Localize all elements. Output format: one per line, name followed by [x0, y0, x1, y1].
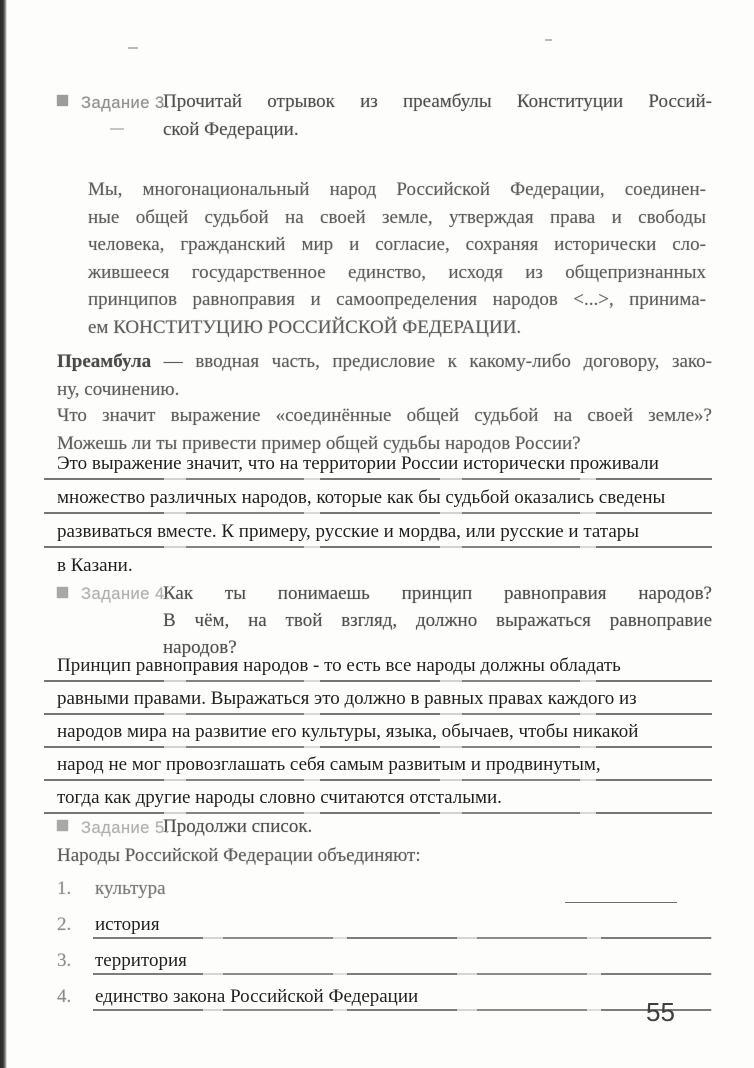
- quote-line: ные общей судьбой на своей земле, утверж…: [88, 204, 706, 232]
- answer-line: развиваться вместе. К примеру, русские и…: [44, 514, 712, 548]
- page-number: 55: [646, 997, 675, 1028]
- list-item-rule: [93, 973, 712, 975]
- quote-line: Мы, многонациональный народ Российской Ф…: [88, 176, 706, 204]
- list-item-rule: [93, 1009, 712, 1011]
- definition-text-line2: ну, сочинению.: [57, 376, 712, 404]
- task4-prompt-line: В чём, на твой взгляд, должно выражаться…: [163, 607, 712, 634]
- task5-list: 1. культура 2. история 3. территория 4. …: [57, 870, 712, 1014]
- list-item: 2. история: [57, 906, 712, 942]
- list-item-number: 1.: [57, 878, 71, 900]
- list-item-rule: [93, 937, 712, 939]
- definition-text: — вводная часть, предисловие к какому-ли…: [151, 351, 712, 372]
- task5-intro: Народы Российской Федерации объединяют:: [57, 842, 712, 870]
- task5-label: Задание 5.: [81, 814, 170, 842]
- task3-prompt-line: Прочитай отрывок из преамбулы Конституци…: [163, 88, 712, 116]
- answer-line: народов мира на развитие его культуры, я…: [44, 715, 712, 748]
- answer-line: равными правами. Выражаться это должно в…: [44, 682, 712, 715]
- scan-artifact: [128, 47, 138, 49]
- task4-prompt-line: Как ты понимаешь принцип равноправия нар…: [163, 580, 712, 607]
- list-item: 4. единство закона Российской Федерации: [57, 978, 712, 1014]
- quote-line: принципов равноправия и самоопределения …: [88, 286, 706, 314]
- answer-line: тогда как другие народы словно считаются…: [44, 781, 712, 814]
- definition-term: Преамбула: [57, 351, 151, 372]
- square-bullet-icon: [57, 95, 68, 106]
- scan-artifact: [545, 39, 552, 41]
- list-item-number: 4.: [57, 986, 71, 1008]
- question-line: Что значит выражение «соединённые общей …: [57, 402, 712, 430]
- answer-line: в Казани.: [44, 548, 712, 582]
- list-item: 1. культура: [57, 870, 712, 906]
- answer-line: множество различных народов, которые как…: [44, 480, 712, 514]
- answer-line: Принцип равноправия народов - то есть вс…: [44, 649, 712, 682]
- list-item-text: территория: [95, 950, 187, 972]
- list-item-text: единство закона Российской Федерации: [95, 986, 418, 1008]
- task3-prompt-line: ской Федерации.: [163, 116, 712, 144]
- task3-answer: Это выражение значит, что на территории …: [44, 446, 712, 582]
- task5-section: Задание 5. Продолжи список.: [57, 813, 712, 841]
- quote-line: человека, гражданский мир и согласие, со…: [88, 231, 706, 259]
- answer-line: Это выражение значит, что на территории …: [44, 446, 712, 480]
- list-item-rule: [565, 902, 677, 904]
- quote-line: ем КОНСТИТУЦИЮ РОССИЙСКОЙ ФЕДЕРАЦИИ.: [88, 314, 706, 342]
- list-item: 3. территория: [57, 942, 712, 978]
- task4-answer: Принцип равноправия народов - то есть вс…: [44, 649, 712, 814]
- task3-label: Задание 3.: [81, 89, 170, 117]
- square-bullet-icon: [57, 820, 68, 831]
- task3-section: Задание 3. Прочитай отрывок из преамбулы…: [57, 88, 712, 144]
- quote-line: жившееся государственное единство, исход…: [88, 259, 706, 287]
- list-item-number: 3.: [57, 950, 71, 972]
- list-item-text: культура: [95, 878, 166, 900]
- task5-prompt: Продолжи список.: [163, 813, 712, 841]
- scan-gutter-shadow: [0, 0, 7, 1068]
- task4-label: Задание 4.: [81, 581, 170, 608]
- workbook-page: Задание 3. Прочитай отрывок из преамбулы…: [0, 0, 754, 1068]
- preamble-definition: Преамбула — вводная часть, предисловие к…: [57, 348, 712, 404]
- preamble-quote: Мы, многонациональный народ Российской Ф…: [88, 176, 706, 341]
- list-item-text: история: [95, 914, 160, 936]
- list-item-number: 2.: [57, 914, 71, 936]
- answer-line: народ не мог провозглашать себя самым ра…: [44, 748, 712, 781]
- square-bullet-icon: [57, 587, 68, 598]
